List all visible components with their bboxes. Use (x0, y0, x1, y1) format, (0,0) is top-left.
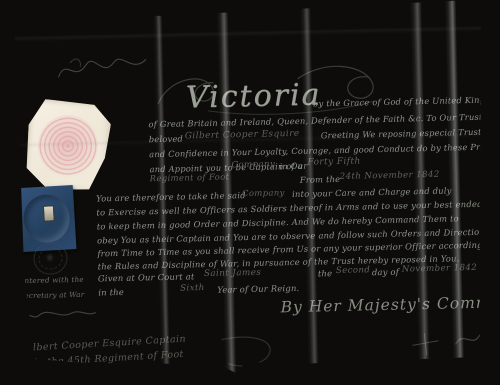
royal-title: Victoria (186, 77, 322, 115)
court-place-manuscript: Saint James (204, 268, 262, 279)
body-line-5b: in Our (279, 161, 307, 172)
top-left-signature-mark (52, 47, 153, 89)
pen-cross-mark (408, 331, 443, 358)
commencement-label: From the (300, 174, 341, 185)
regiment-name-manuscript: Regiment of Foot (150, 171, 230, 183)
month-year-manuscript: November 1842 (402, 263, 477, 275)
commission-document: Victoria by the Grace of God of the Unit… (6, 0, 493, 379)
regnal-year-manuscript: Sixth (180, 283, 205, 294)
testimonium-the: the (318, 268, 333, 278)
embossed-duty-stamp (23, 98, 112, 194)
body-line-3b: Greeting We reposing especial Trust (321, 127, 482, 141)
entered-line-1: Entered with the (19, 275, 84, 285)
entered-line-2: Secretary at War (19, 290, 84, 300)
commencement-date-manuscript: 24th November 1842 (340, 170, 440, 182)
body-line-7-insert: Company (242, 187, 285, 198)
grantee-name-manuscript: Gilbert Cooper Esquire (185, 129, 300, 142)
photo-background: Victoria by the Grace of God of the Unit… (0, 0, 500, 385)
testimonium: Given at Our Court at (98, 271, 195, 283)
day-manuscript: Second (336, 265, 371, 276)
regnal-post: Year of Our Reign. (217, 283, 299, 295)
command-closing: By Her Majesty's Command (280, 293, 493, 317)
docket-flourish (213, 330, 279, 373)
body-line-3: beloved (149, 133, 183, 144)
regnal-pre: in the (98, 287, 124, 298)
war-office-signature-mark (20, 304, 100, 326)
testimonium-day-of: day of (372, 267, 399, 278)
seal-metal-clasp (43, 205, 55, 222)
regiment-number-manuscript: Forty Fifth (307, 156, 361, 167)
pink-crest-emboss-icon (36, 113, 100, 179)
faint-annotation-mark (22, 370, 130, 376)
body-line-7b: into your Care and Charge and duly (292, 185, 452, 199)
command-signature-mark (451, 325, 493, 354)
unit-manuscript-1: Company (231, 159, 275, 170)
body-line-7: You are therefore to take the said (96, 190, 246, 203)
